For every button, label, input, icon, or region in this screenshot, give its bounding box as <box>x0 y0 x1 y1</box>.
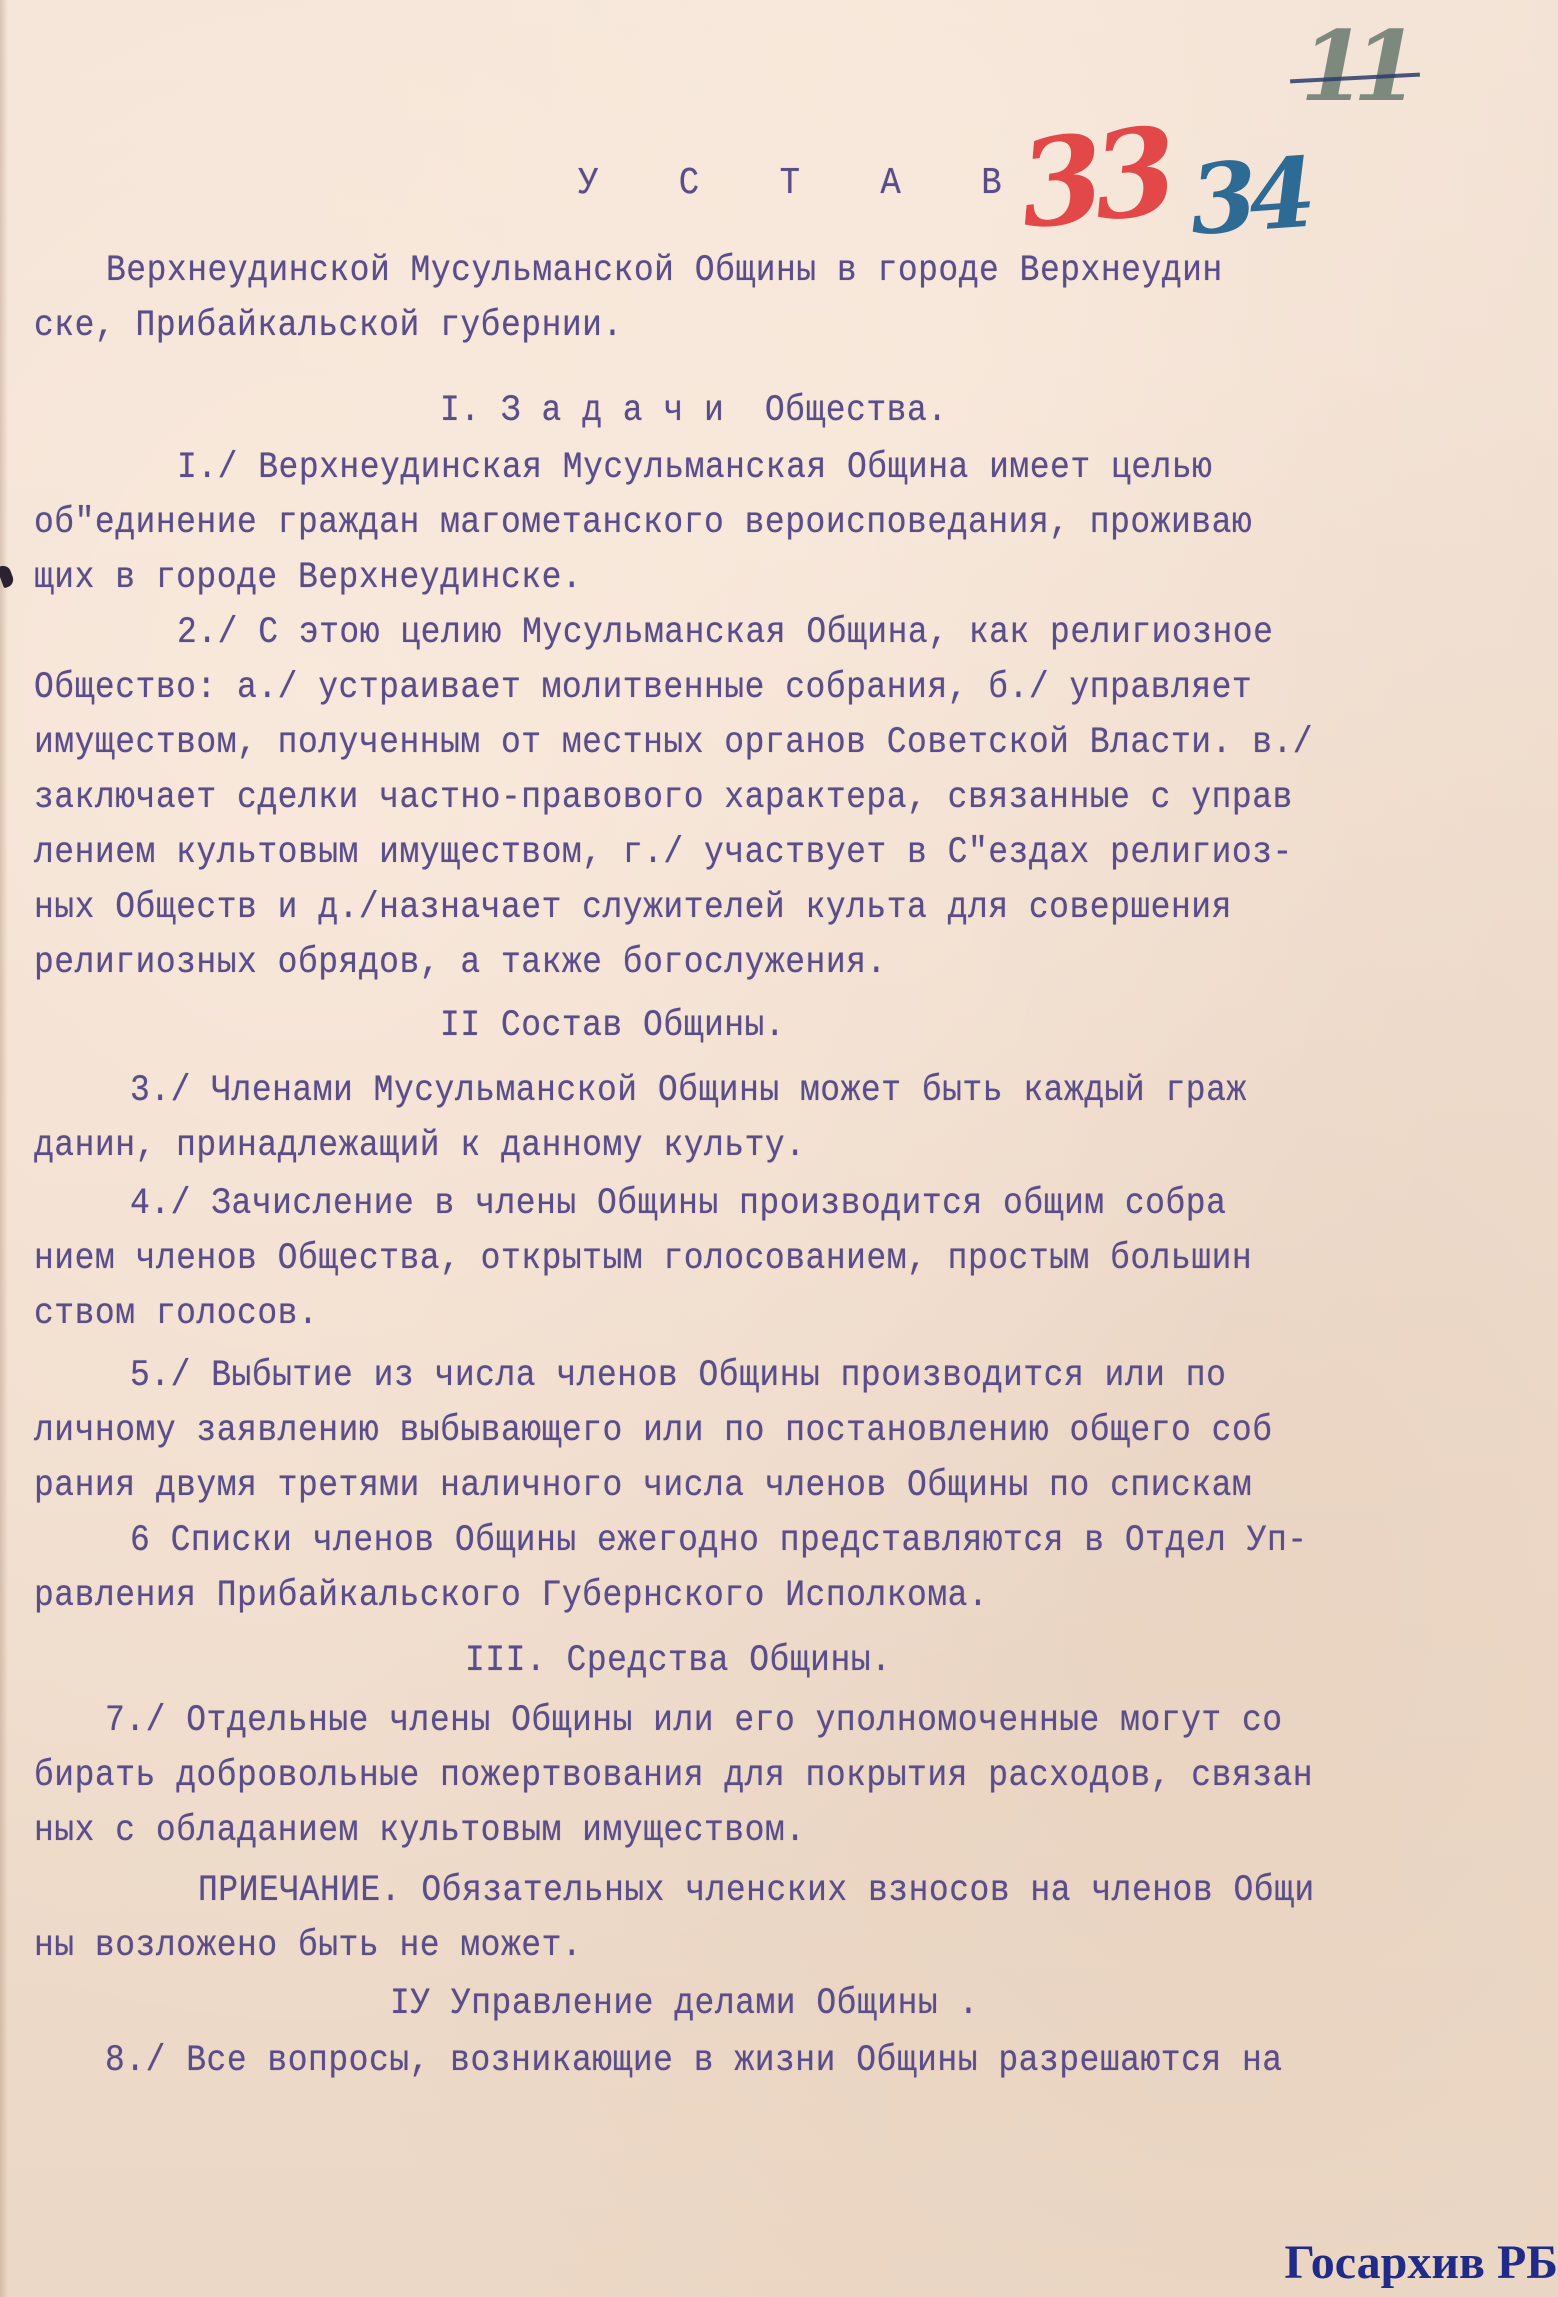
text-line: 7./ Отдельные члены Общины или его уполн… <box>105 1700 1283 1741</box>
text-line: личному заявлению выбывающего или по пос… <box>34 1410 1273 1451</box>
text-line: щих в городе Верхнеудинске. <box>34 557 582 598</box>
section-heading: I. З а д а ч и Общества. <box>440 390 948 431</box>
section-heading: III. Средства Общины. <box>465 1640 891 1681</box>
crossed-page-number: 11 <box>1300 10 1406 123</box>
text-line: об"единение граждан магометанского верои… <box>34 502 1252 543</box>
page-edge <box>0 0 8 2297</box>
section-heading: IУ Управление делами Общины . <box>390 1983 979 2024</box>
text-line: Общество: а./ устраивает молитвенные соб… <box>34 667 1252 708</box>
page-number-blue: 34 <box>1186 136 1311 257</box>
section-heading: II Состав Общины. <box>440 1005 785 1046</box>
document-title: У С Т А В <box>578 163 1032 206</box>
text-line: 3./ Членами Мусульманской Общины может б… <box>130 1070 1247 1111</box>
note-line: ПРИЕЧАНИЕ. Обязательных членских взносов… <box>198 1870 1315 1911</box>
text-line: лением культовым имуществом, г./ участву… <box>34 832 1293 873</box>
text-line: 8./ Все вопросы, возникающие в жизни Общ… <box>105 2040 1283 2081</box>
text-line: нием членов Общества, открытым голосован… <box>34 1238 1252 1279</box>
text-line: ных с обладанием культовым имуществом. <box>34 1810 806 1851</box>
text-line: заключает сделки частно-правового характ… <box>34 777 1293 818</box>
text-line: религиозных обрядов, а также богослужени… <box>34 942 887 983</box>
ink-blot <box>0 564 15 589</box>
text-line: имуществом, полученным от местных органо… <box>34 722 1313 763</box>
archive-watermark: Госархив РБ <box>1284 2235 1558 2290</box>
text-line: бирать добровольные пожертвования для по… <box>34 1755 1313 1796</box>
text-line: равления Прибайкальского Губернского Исп… <box>34 1575 988 1616</box>
text-line: 4./ Зачисление в члены Общины производит… <box>130 1183 1226 1224</box>
text-line: 2./ С этою целию Мусульманская Община, к… <box>177 612 1273 653</box>
text-line: данин, принадлежащий к данному культу. <box>34 1125 806 1166</box>
text-line: I./ Верхнеудинская Мусульманская Община … <box>177 447 1212 488</box>
text-line: ных Обществ и д./назначает служителей ку… <box>34 887 1232 928</box>
text-line: 5./ Выбытие из числа членов Общины произ… <box>130 1355 1226 1396</box>
text-line: 6 Списки членов Общины ежегодно представ… <box>130 1520 1308 1561</box>
note-line: ны возложено быть не может. <box>34 1925 582 1966</box>
text-line: рания двумя третями наличного числа член… <box>34 1465 1252 1506</box>
page-number-red: 33 <box>1013 101 1174 257</box>
text-line: ством голосов. <box>34 1293 318 1334</box>
subtitle-line: ске, Прибайкальской губернии. <box>34 305 623 346</box>
subtitle-line: Верхнеудинской Мусульманской Общины в го… <box>106 250 1223 291</box>
